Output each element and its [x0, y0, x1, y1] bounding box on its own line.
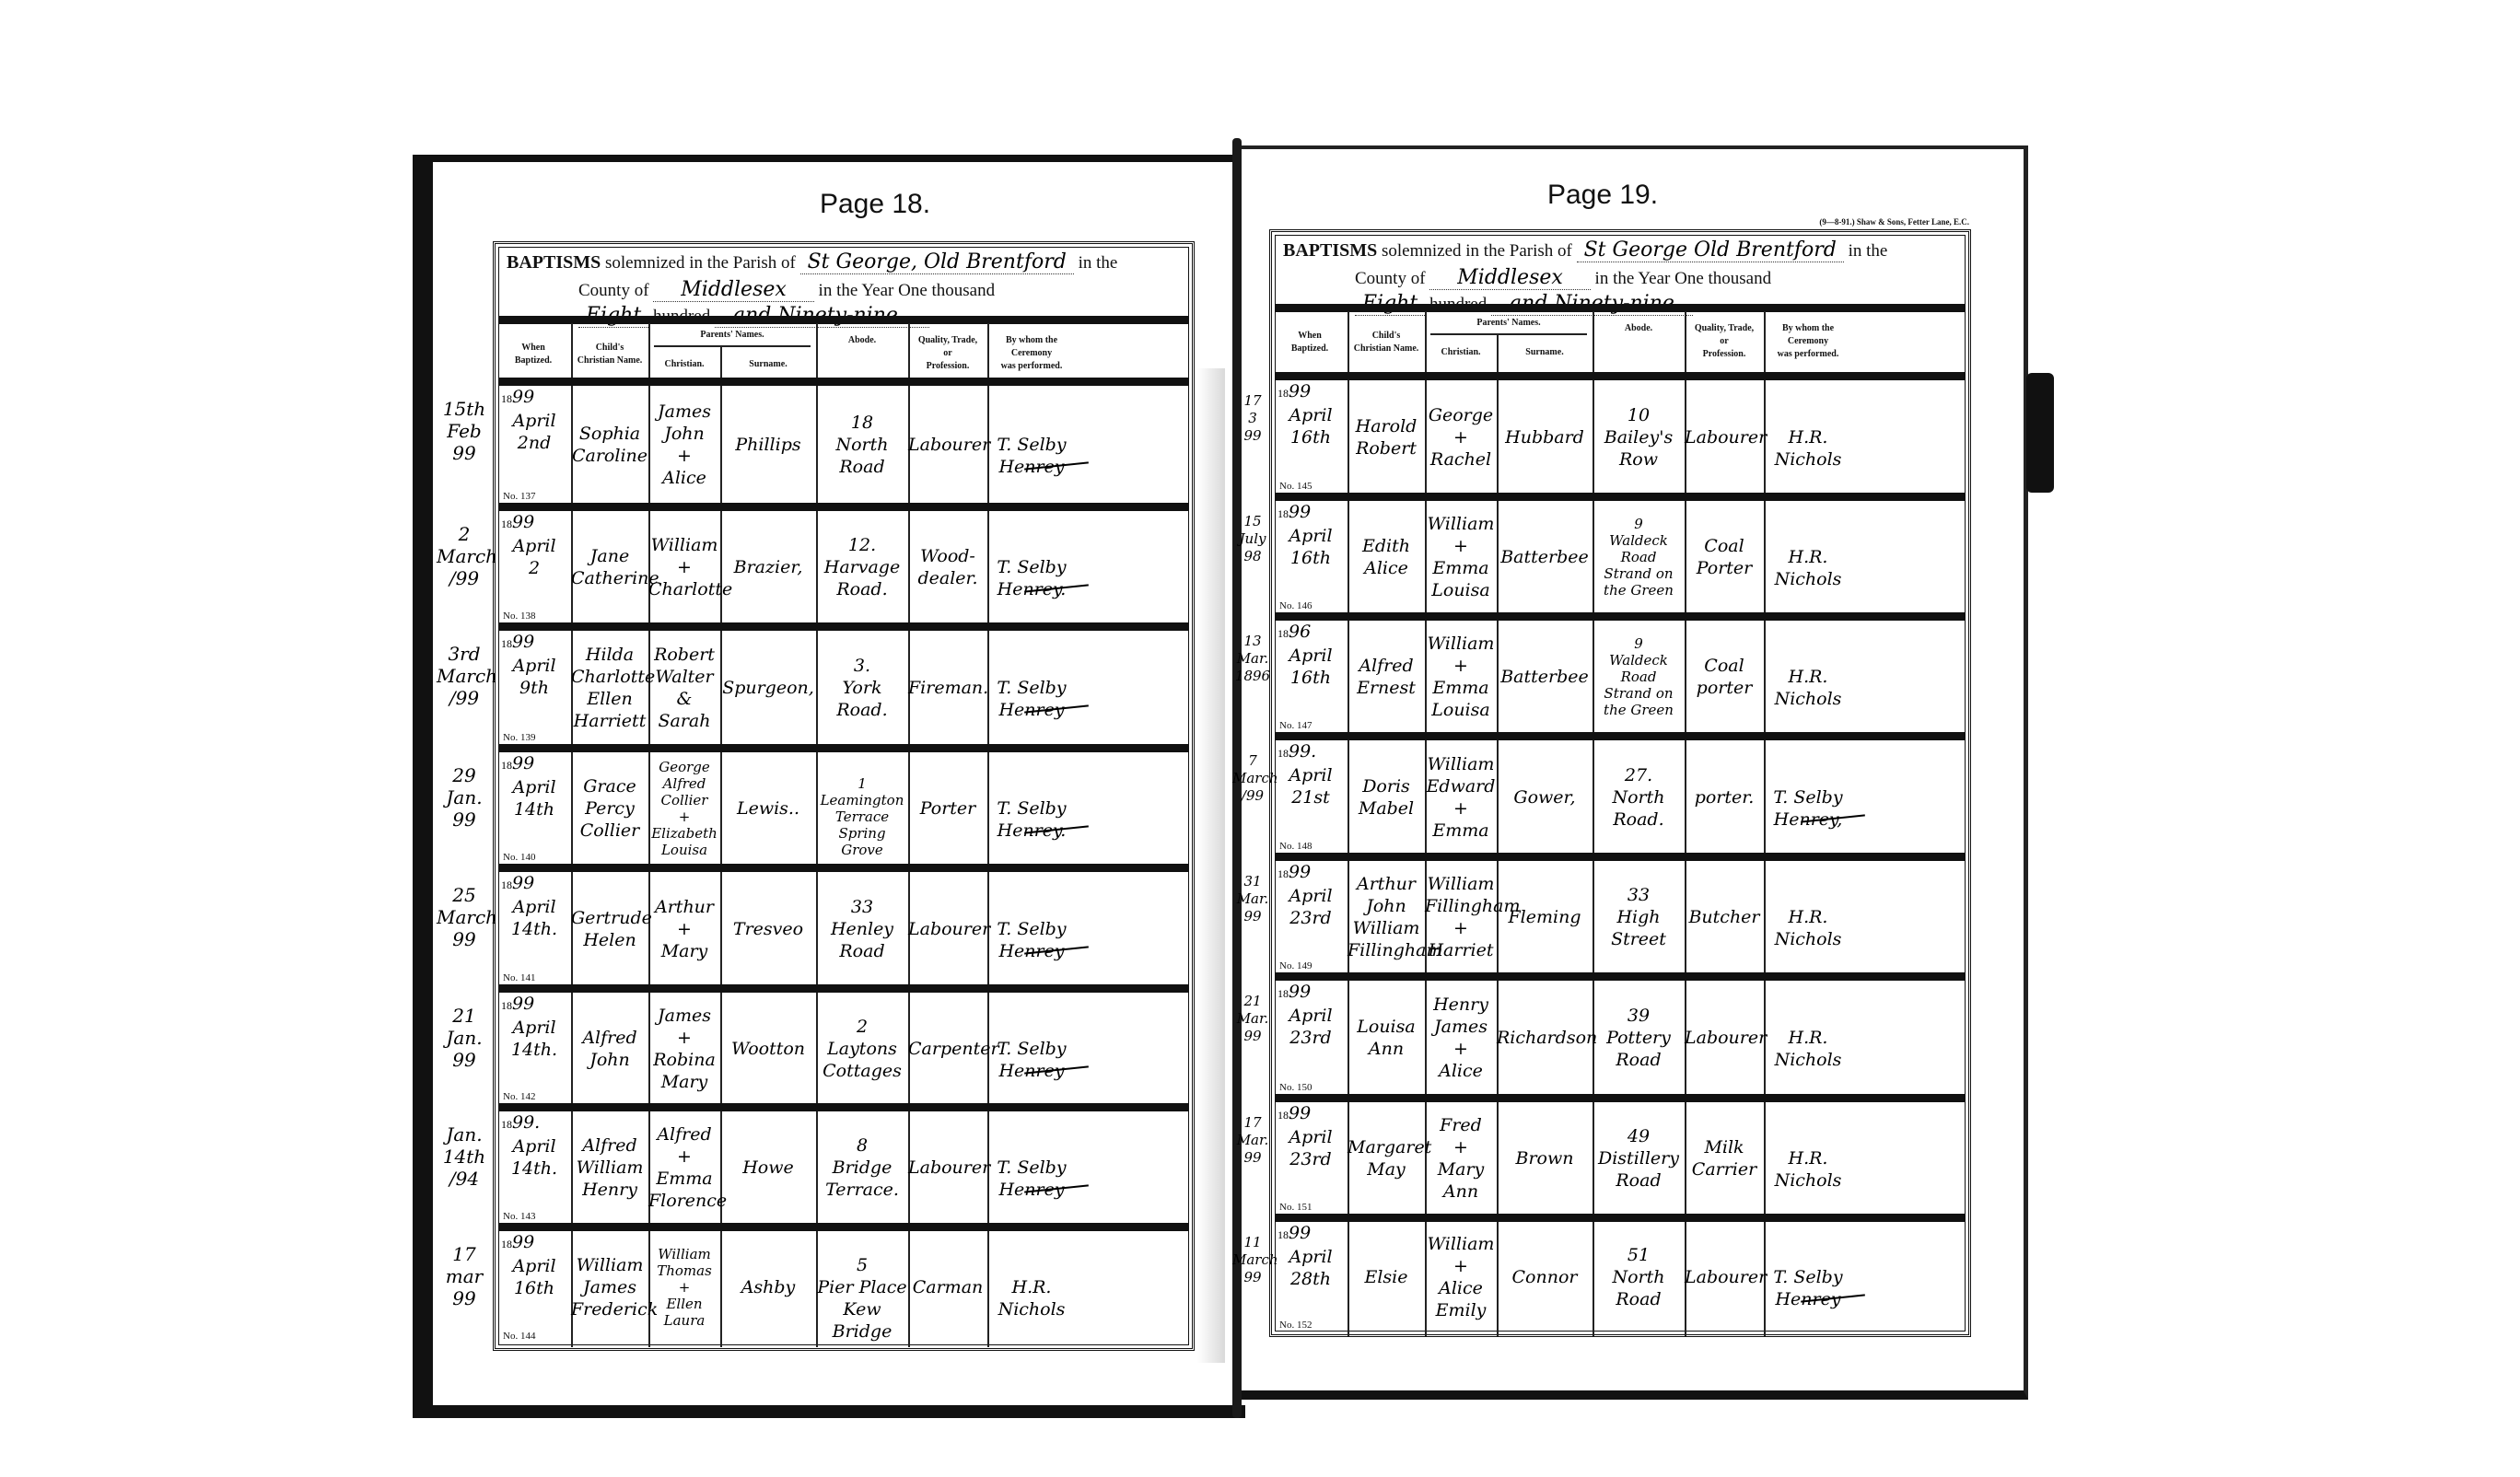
entry-number: No. 150 — [1279, 1082, 1312, 1093]
surname: Batterbee — [1497, 546, 1592, 568]
year-handwritten: 99 — [512, 632, 534, 652]
entry-number: No. 147 — [1279, 720, 1312, 731]
year-handwritten: 99 — [1289, 1103, 1311, 1123]
register-header-line1: BAPTISMS solemnized in the Parish of St … — [507, 250, 1117, 276]
officiant: H.R. Nichols — [987, 1276, 1076, 1320]
row-divider-bar — [1276, 853, 1965, 861]
row-divider-bar — [499, 622, 1188, 631]
col-head-parents-surname: Surname. — [1497, 346, 1592, 359]
officiant: H.R. Nichols — [1764, 906, 1852, 950]
parents-christian-names: William + Alice Emily — [1425, 1233, 1497, 1321]
col-head-quality: Quality, Trade, or Profession. — [1685, 322, 1764, 361]
page-number-label: Page 19. — [1464, 180, 1741, 211]
quality-trade: Fireman. — [908, 677, 987, 699]
child-christian-name: Elsie — [1347, 1266, 1425, 1288]
surname: Ashby — [720, 1276, 816, 1298]
baptism-year: 1899 — [501, 1231, 566, 1255]
year-prefix: 18 — [501, 1238, 512, 1250]
child-christian-name: Margaret May — [1347, 1136, 1425, 1180]
baptism-year: 1899 — [501, 872, 566, 896]
parents-christian-names: William Edward + Emma — [1425, 753, 1497, 842]
parents-christian-names: Arthur + Mary — [648, 896, 720, 962]
officiant: T. Selby Henrey. — [987, 556, 1076, 600]
col-head-child-name: Child's Christian Name. — [1347, 330, 1425, 355]
entry-number: No. 145 — [1279, 481, 1312, 492]
year-prefix: 18 — [1277, 987, 1289, 1000]
entry-number: No. 139 — [503, 732, 535, 743]
col-head-abode: Abode. — [1592, 322, 1685, 335]
surname: Tresveo — [720, 918, 816, 940]
abode: 10 Bailey's Row — [1592, 404, 1685, 471]
abode: 5 Pier Place Kew Bridge — [816, 1254, 908, 1343]
abode: 33 Henley Road — [816, 896, 908, 962]
col-head-quality: Quality, Trade, or Profession. — [908, 334, 987, 373]
year-handwritten: 99 — [512, 753, 534, 773]
surname: Gower, — [1497, 786, 1592, 808]
baptism-date: April 14th — [499, 776, 569, 820]
col-head-child-name: Child's Christian Name. — [571, 342, 648, 367]
child-christian-name: Alfred Ernest — [1347, 655, 1425, 699]
parents-christian-names: James John + Alice — [648, 401, 720, 489]
baptism-date: April 14th. — [499, 1017, 569, 1061]
abode: 33 High Street — [1592, 884, 1685, 950]
surname: Wootton — [720, 1038, 816, 1060]
officiant: T. Selby Henrey — [1764, 1266, 1852, 1310]
margin-birth-date: 17 mar 99 — [437, 1243, 492, 1309]
year-handwritten: 99 — [512, 994, 534, 1014]
baptism-year: 1899 — [1277, 501, 1342, 525]
col-head-when-baptized: When Baptized. — [496, 342, 571, 367]
quality-trade: Labourer — [908, 918, 987, 940]
surname: Fleming — [1497, 906, 1592, 928]
quality-trade: Coal porter — [1685, 655, 1764, 699]
officiant: T. Selby Henrey — [987, 918, 1076, 962]
year-handwritten: 99. — [512, 1112, 540, 1133]
officiant: T. Selby Henrey — [987, 1038, 1076, 1082]
entry-number: No. 142 — [503, 1091, 535, 1102]
year-prefix: 18 — [1277, 387, 1289, 400]
parish-handwritten: St George Old Brentford — [1577, 238, 1844, 262]
abode: 9 Waldeck Road Strand on the Green — [1592, 516, 1685, 599]
row-divider-bar — [1276, 972, 1965, 981]
child-christian-name: Alfred William Henry — [571, 1134, 648, 1201]
year-handwritten: 99 — [1289, 862, 1311, 882]
year-prefix: 18 — [501, 759, 512, 772]
header-divider-bar — [1276, 304, 1965, 312]
child-christian-name: Sophia Caroline — [571, 423, 648, 467]
child-christian-name: Harold Robert — [1347, 415, 1425, 459]
baptism-date: April 2 — [499, 535, 569, 579]
year-prefix: 18 — [1277, 507, 1289, 520]
row-divider-bar — [1276, 493, 1965, 501]
baptism-date: April 16th — [1276, 404, 1346, 448]
entry-number: No. 138 — [503, 611, 535, 622]
surname: Hubbard — [1497, 426, 1592, 448]
baptism-date: April 16th — [1276, 525, 1346, 569]
abode: 12. Harvage Road. — [816, 534, 908, 600]
parents-christian-names: Robert Walter & Sarah — [648, 644, 720, 732]
year-prefix: 18 — [1277, 627, 1289, 640]
year-prefix: 18 — [1277, 1109, 1289, 1122]
baptism-year: 1896 — [1277, 621, 1342, 645]
year-prefix: 18 — [501, 1118, 512, 1131]
year-handwritten: 99 — [1289, 381, 1311, 401]
year-prefix: 18 — [1277, 747, 1289, 760]
year-prefix: 18 — [1277, 1228, 1289, 1241]
baptism-date: April 16th — [499, 1255, 569, 1299]
margin-birth-date: 29 Jan. 99 — [437, 764, 492, 831]
child-christian-name: Hilda Charlotte Ellen Harriett — [571, 644, 648, 732]
surname: Howe — [720, 1157, 816, 1179]
margin-birth-date: 15th Feb 99 — [437, 398, 492, 464]
year-handwritten: 99 — [1289, 982, 1311, 1002]
year-prefix: 18 — [501, 999, 512, 1012]
officiant: T. Selby Henrey. — [987, 797, 1076, 842]
surname: Batterbee — [1497, 666, 1592, 688]
year-handwritten: 99 — [512, 387, 534, 407]
officiant: H.R. Nichols — [1764, 1027, 1852, 1071]
entry-number: No. 152 — [1279, 1320, 1312, 1331]
baptism-year: 1899 — [501, 631, 566, 655]
col-head-parents-surname: Surname. — [720, 358, 816, 371]
child-christian-name: Jane Catherine — [571, 545, 648, 589]
abode: 9 Waldeck Road Strand on the Green — [1592, 635, 1685, 718]
header-baptisms-word: BAPTISMS — [1283, 240, 1377, 261]
year-handwritten: 96 — [1289, 622, 1311, 642]
entry-number: No. 143 — [503, 1211, 535, 1222]
quality-trade: Labourer — [1685, 426, 1764, 448]
year-handwritten: 99 — [512, 1232, 534, 1252]
parents-christian-names: James + Robina Mary — [648, 1005, 720, 1093]
abode: 8 Bridge Terrace. — [816, 1134, 908, 1201]
quality-trade: Labourer — [1685, 1027, 1764, 1049]
col-head-parents-names: Parents' Names. — [1425, 317, 1592, 330]
quality-trade: Milk Carrier — [1685, 1136, 1764, 1180]
child-christian-name: Alfred John — [571, 1027, 648, 1071]
baptism-year: 1899 — [1277, 981, 1342, 1005]
quality-trade: porter. — [1685, 786, 1764, 808]
county-handwritten: Middlesex — [653, 278, 814, 302]
margin-birth-date: 21 Jan. 99 — [437, 1005, 492, 1071]
baptism-year: 1899. — [501, 1111, 566, 1135]
officiant: T. Selby Henrey — [987, 677, 1076, 721]
margin-birth-date: Jan. 14th /94 — [437, 1123, 492, 1190]
quality-trade: Porter — [908, 797, 987, 820]
officiant: T. Selby Henrey, — [1764, 786, 1852, 831]
margin-birth-date: 3rd March /99 — [437, 643, 492, 709]
year-handwritten: 99. — [1289, 741, 1316, 762]
row-divider-bar — [1276, 612, 1965, 621]
register-header-line2: County of Middlesex in the Year One thou… — [578, 277, 995, 304]
entry-number: No. 146 — [1279, 600, 1312, 611]
parents-christian-names: Henry James + Alice — [1425, 994, 1497, 1082]
baptism-year: 1899 — [1277, 380, 1342, 404]
row-divider-bar — [1276, 1094, 1965, 1102]
register-header-line2: County of Middlesex in the Year One thou… — [1355, 265, 1771, 292]
quality-trade: Labourer — [1685, 1266, 1764, 1288]
baptism-year: 1899 — [501, 386, 566, 410]
abode: 51 North Road — [1592, 1244, 1685, 1310]
child-christian-name: William James Frederick — [571, 1254, 648, 1320]
entry-number: No. 148 — [1279, 841, 1312, 852]
abode: 39 Pottery Road — [1592, 1005, 1685, 1071]
child-christian-name: Gertrude Helen — [571, 907, 648, 951]
printer-imprint: (9—8-91.) Shaw & Sons, Fetter Lane, E.C. — [1785, 217, 1969, 227]
baptism-year: 1899. — [1277, 740, 1342, 764]
abode: 1 Leamington Terrace Spring Grove — [816, 775, 908, 858]
col-head-when-baptized: When Baptized. — [1272, 330, 1347, 355]
margin-birth-date: 15 July 98 — [1232, 513, 1273, 565]
surname: Connor — [1497, 1266, 1592, 1288]
quality-trade: Butcher — [1685, 906, 1764, 928]
row-divider-bar — [499, 378, 1188, 386]
parents-christian-names: George + Rachel — [1425, 404, 1497, 471]
baptism-date: April 14th. — [499, 896, 569, 940]
column-rule — [908, 323, 910, 1347]
row-divider-bar — [499, 744, 1188, 752]
entry-number: No. 151 — [1279, 1202, 1312, 1213]
child-christian-name: Edith Alice — [1347, 535, 1425, 579]
abode: 18 North Road — [816, 412, 908, 478]
child-christian-name: Doris Mabel — [1347, 775, 1425, 820]
margin-birth-date: 2 March /99 — [437, 523, 492, 589]
row-divider-bar — [499, 1223, 1188, 1231]
entry-number: No. 141 — [503, 972, 535, 983]
quality-trade: Carman — [908, 1276, 987, 1298]
row-divider-bar — [499, 984, 1188, 993]
year-handwritten: 99 — [1289, 1223, 1311, 1243]
margin-birth-date: 31 Mar. 99 — [1232, 873, 1273, 925]
margin-birth-date: 11 March 99 — [1232, 1234, 1273, 1286]
entry-number: No. 137 — [503, 491, 535, 502]
entry-number: No. 144 — [503, 1331, 535, 1342]
parents-christian-names: Alfred + Emma Florence — [648, 1123, 720, 1212]
parents-christian-names: Fred + Mary Ann — [1425, 1114, 1497, 1203]
baptism-year: 1899 — [501, 993, 566, 1017]
surname: Spurgeon, — [720, 677, 816, 699]
row-divider-bar — [499, 503, 1188, 511]
baptism-date: April 28th — [1276, 1246, 1346, 1290]
parish-handwritten: St George, Old Brentford — [800, 250, 1074, 274]
quality-trade: Carpenter — [908, 1038, 987, 1060]
col-head-parents-christian: Christian. — [1425, 346, 1497, 359]
col-head-by-whom: By whom the Ceremony was performed. — [1764, 322, 1852, 361]
margin-birth-date: 21 Mar. 99 — [1232, 993, 1273, 1045]
row-divider-bar — [499, 864, 1188, 872]
baptism-date: April 2nd — [499, 410, 569, 454]
parents-subdivider — [1430, 333, 1587, 335]
row-divider-bar — [1276, 1214, 1965, 1222]
year-handwritten: 99 — [512, 512, 534, 532]
quality-trade: Labourer — [908, 1157, 987, 1179]
baptism-date: April 16th — [1276, 645, 1346, 689]
parents-christian-names: William + Emma Louisa — [1425, 633, 1497, 721]
parents-christian-names: William + Emma Louisa — [1425, 513, 1497, 601]
child-christian-name: Arthur John William Fillingham — [1347, 873, 1425, 961]
margin-birth-date: 17 Mar. 99 — [1232, 1114, 1273, 1167]
child-christian-name: Grace Percy Collier — [571, 775, 648, 842]
officiant: T. Selby Henrey — [987, 434, 1076, 478]
surname: Lewis.. — [720, 797, 816, 820]
register-header-line1: BAPTISMS solemnized in the Parish of St … — [1283, 238, 1887, 264]
baptism-year: 1899 — [1277, 861, 1342, 885]
baptism-date: April 21st — [1276, 764, 1346, 808]
column-rule — [1497, 334, 1499, 1336]
margin-birth-date: 13 Mar. 1896 — [1232, 633, 1273, 685]
year-prefix: 18 — [1277, 867, 1289, 880]
header-divider-bar — [499, 316, 1188, 324]
quality-trade: Coal Porter — [1685, 535, 1764, 579]
officiant: H.R. Nichols — [1764, 546, 1852, 590]
year-prefix: 18 — [501, 878, 512, 891]
abode: 27. North Road. — [1592, 764, 1685, 831]
page-tab-marker — [2026, 373, 2054, 493]
baptism-year: 1899 — [501, 752, 566, 776]
year-handwritten: 99 — [512, 873, 534, 893]
year-prefix: 18 — [501, 392, 512, 405]
year-handwritten: 99 — [1289, 502, 1311, 522]
baptism-date: April 23rd — [1276, 1126, 1346, 1170]
baptism-date: April 9th — [499, 655, 569, 699]
parents-christian-names: William Thomas + Ellen Laura — [648, 1246, 720, 1329]
county-handwritten: Middlesex — [1429, 266, 1591, 290]
margin-birth-date: 7 March /99 — [1232, 752, 1273, 805]
surname: Brazier, — [720, 556, 816, 578]
margin-birth-date: 25 March 99 — [437, 884, 492, 950]
baptism-year: 1899 — [1277, 1102, 1342, 1126]
surname: Richardson — [1497, 1027, 1592, 1049]
quality-trade: Labourer — [908, 434, 987, 456]
year-prefix: 18 — [501, 518, 512, 530]
col-head-parents-names: Parents' Names. — [648, 329, 816, 342]
row-divider-bar — [1276, 732, 1965, 740]
gutter-shadow — [1197, 368, 1225, 1363]
row-divider-bar — [499, 1103, 1188, 1111]
baptism-register-table-left: BAPTISMS solemnized in the Parish of St … — [493, 241, 1195, 1351]
baptism-date: April 23rd — [1276, 1005, 1346, 1049]
surname: Brown — [1497, 1147, 1592, 1169]
quality-trade: Wood- dealer. — [908, 545, 987, 589]
year-prefix: 18 — [501, 637, 512, 650]
column-rule — [1347, 311, 1349, 1336]
officiant: H.R. Nichols — [1764, 1147, 1852, 1192]
abode: 2 Laytons Cottages — [816, 1016, 908, 1082]
col-head-abode: Abode. — [816, 334, 908, 347]
child-christian-name: Louisa Ann — [1347, 1016, 1425, 1060]
entry-number: No. 140 — [503, 852, 535, 863]
col-head-by-whom: By whom the Ceremony was performed. — [987, 334, 1076, 373]
baptism-register-table-right: BAPTISMS solemnized in the Parish of St … — [1269, 229, 1971, 1337]
baptism-year: 1899 — [501, 511, 566, 535]
margin-birth-date: 17 3 99 — [1232, 392, 1273, 445]
row-divider-bar — [1276, 372, 1965, 380]
page-number-label: Page 18. — [737, 189, 1013, 220]
parents-subdivider — [654, 345, 811, 347]
baptism-date: April 14th. — [499, 1135, 569, 1180]
baptism-date: April 23rd — [1276, 885, 1346, 929]
parents-christian-names: William + Charlotte — [648, 534, 720, 600]
surname: Phillips — [720, 434, 816, 456]
entry-number: No. 149 — [1279, 960, 1312, 971]
column-rule — [1685, 311, 1686, 1336]
officiant: H.R. Nichols — [1764, 426, 1852, 471]
header-baptisms-word: BAPTISMS — [507, 252, 601, 273]
abode: 49 Distillery Road — [1592, 1125, 1685, 1192]
abode: 3. York Road. — [816, 655, 908, 721]
parents-christian-names: William Fillingham + Harriet — [1425, 873, 1497, 961]
parents-christian-names: George Alfred Collier + Elizabeth Louisa — [648, 759, 720, 858]
baptism-year: 1899 — [1277, 1222, 1342, 1246]
officiant: T. Selby Henrey — [987, 1157, 1076, 1201]
col-head-parents-christian: Christian. — [648, 358, 720, 371]
officiant: H.R. Nichols — [1764, 666, 1852, 710]
